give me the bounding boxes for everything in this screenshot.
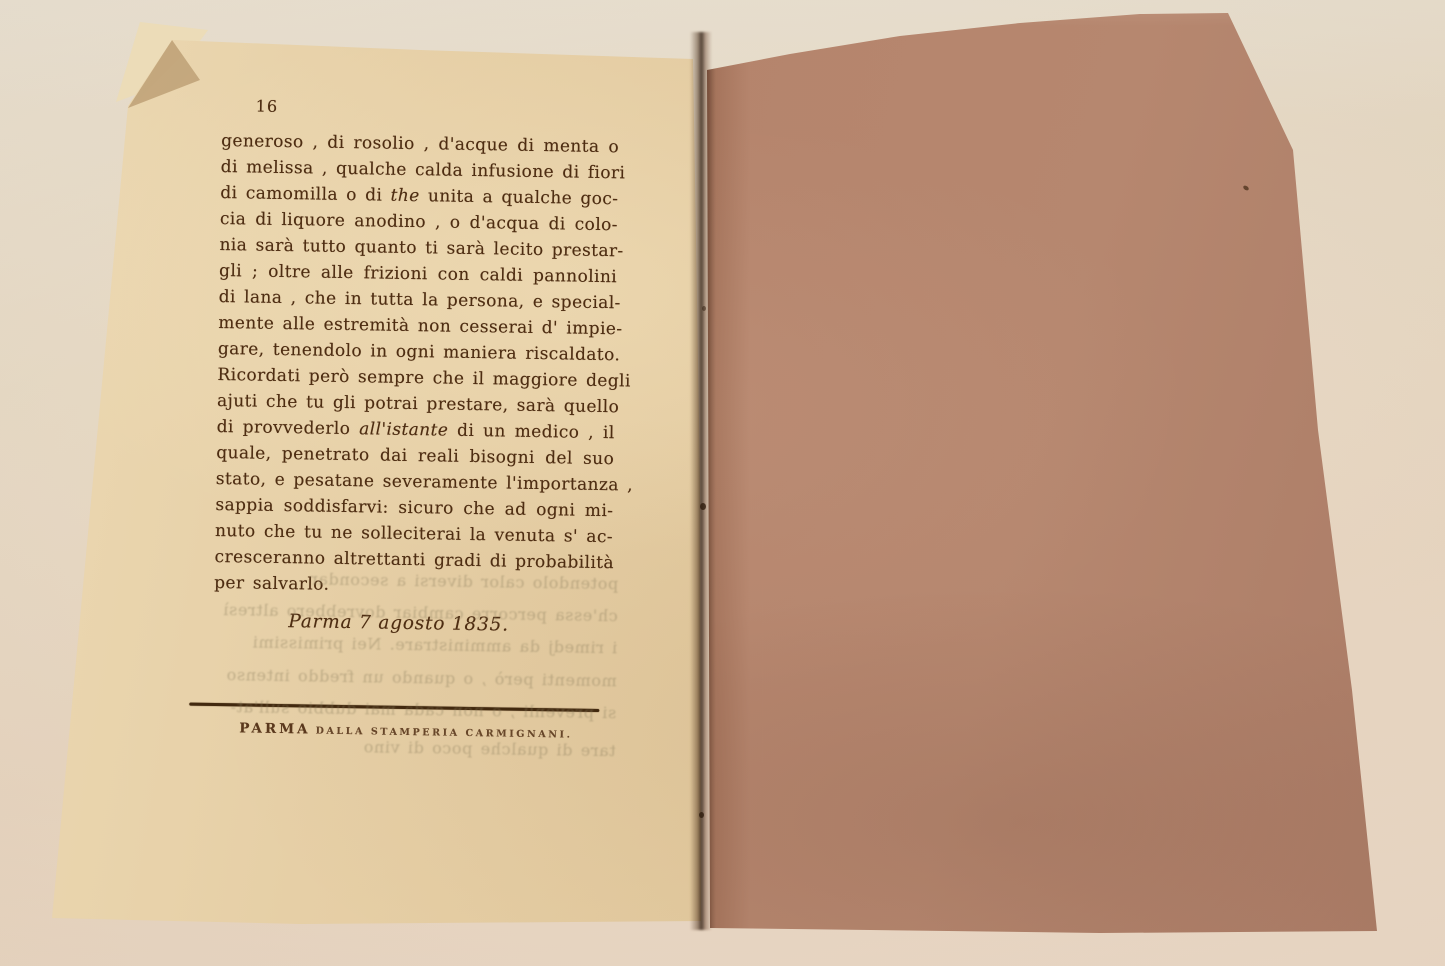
- text-line-content: unita a qualche goc-: [419, 186, 618, 209]
- text-line-content: cresceranno altrettanti gradi di probabi…: [214, 547, 614, 573]
- text-line-content: per salvarlo.: [214, 573, 329, 595]
- text-line-content: generoso , di rosolio , d'acque di menta…: [221, 131, 619, 157]
- page-number: 16: [256, 97, 620, 123]
- book-photo: potendolo calor diversi a secondar ch'es…: [0, 0, 1445, 966]
- text-line-content: di provvederlo: [217, 417, 360, 439]
- text-line-content: ajuti che tu gli potrai prestare, sarà q…: [217, 391, 619, 417]
- imprint-rule: [189, 703, 599, 712]
- binding-stitch: [700, 503, 706, 510]
- italic-word: the: [390, 186, 419, 206]
- text-line-content: di melissa , qualche calda infusione di …: [221, 157, 626, 183]
- text-line-content: di un medico , il: [448, 421, 615, 444]
- text-line-content: quale, penetrato dai reali bisogni del s…: [216, 443, 614, 469]
- text-line-content: gare, tenendolo in ogni maniera riscalda…: [218, 339, 621, 365]
- text-line-content: stato, e pesatane severamente l'importan…: [216, 469, 633, 496]
- text-line-content: nia sarà tutto quanto ti sarà lecito pre…: [219, 235, 623, 261]
- dateline: Parma 7 agosto 1835.: [213, 610, 611, 637]
- text-line-content: nuto che tu ne solleciterai la venuta s'…: [215, 521, 613, 547]
- body-paragraph: generoso , di rosolio , d'acque di menta…: [214, 128, 619, 602]
- text-line-content: cia di liquore anodino , o d'acqua di co…: [220, 209, 618, 235]
- italic-word: all'istante: [359, 419, 448, 440]
- text-line-content: sappia soddisfarvi: sicuro che ad ogni m…: [215, 495, 613, 521]
- book-gutter: [690, 32, 712, 930]
- bleedthrough-line: momenti però , o quando un freddo intens…: [199, 663, 617, 694]
- text-line-content: di camomilla o di: [220, 183, 391, 206]
- binding-stitch: [699, 812, 704, 818]
- text-line-content: di lana , che in tutta la persona, e spe…: [219, 287, 621, 313]
- binding-stitch: [702, 306, 706, 311]
- printed-text-block: potendolo calor diversi a secondar ch'es…: [212, 88, 620, 742]
- imprint-city: PARMA: [239, 720, 311, 737]
- text-line-content: Ricordati però sempre che il maggiore de…: [217, 365, 631, 391]
- text-line-content: mente alle estremità non cesserai d' imp…: [218, 313, 622, 339]
- text-line-content: gli ; oltre alle frizioni con caldi pann…: [219, 261, 617, 287]
